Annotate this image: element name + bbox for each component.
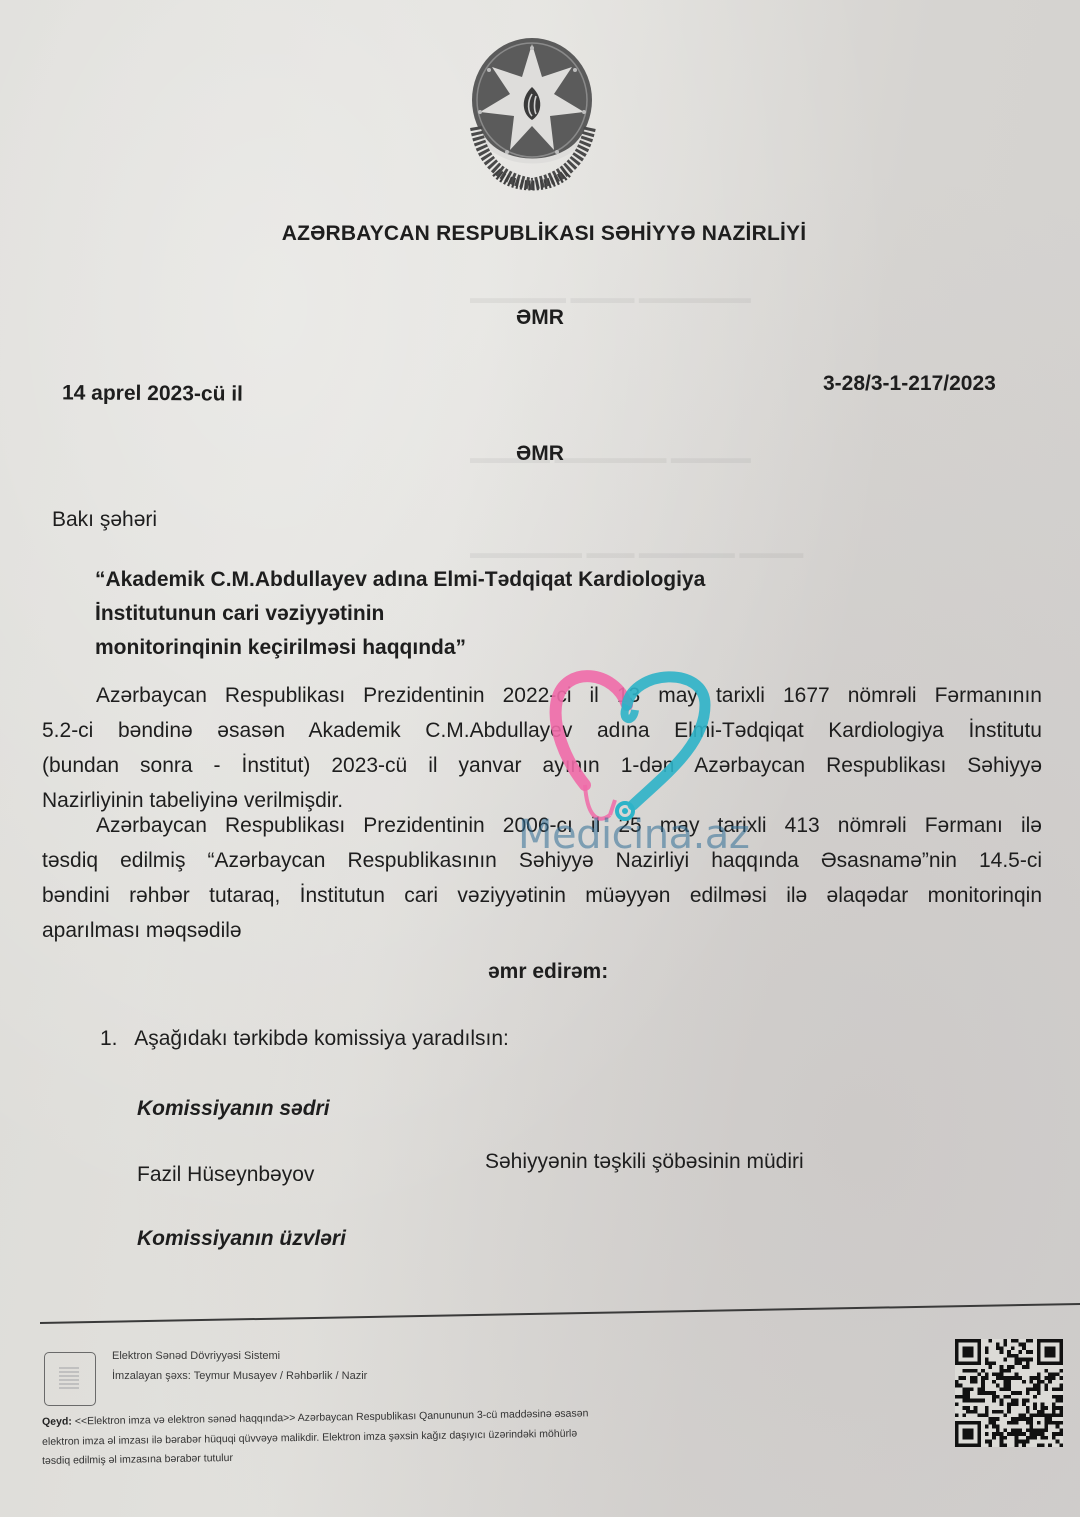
note-label: Qeyd: bbox=[42, 1416, 72, 1428]
watermark-text: Medicina.az bbox=[518, 812, 749, 858]
order-command: əmr edirəm: bbox=[488, 960, 608, 984]
document-page: ▬▬▬▬▬▬ ▬▬▬▬ ▬▬▬▬▬▬▬ ▬▬▬▬▬ ▬▬▬▬▬▬▬ ▬▬▬▬▬ … bbox=[0, 0, 1080, 1517]
document-type-subheading: ƏMR bbox=[0, 442, 1080, 466]
paragraph-line: aparılması məqsədilə bbox=[42, 913, 1042, 948]
footer-note-line: Qeyd: <<Elektron imza və elektron sənəd … bbox=[42, 1405, 762, 1428]
bleed-through-text: ▬▬▬▬▬▬▬ ▬▬▬ ▬▬▬▬▬▬ ▬▬▬▬ bbox=[470, 545, 803, 563]
e-signature-stamp-icon bbox=[44, 1352, 96, 1406]
paragraph-line: bəndini rəhbər tutaraq, İnstitutun cari … bbox=[42, 878, 1042, 913]
note-text: <<Elektron imza və elektron sənəd haqqın… bbox=[72, 1407, 589, 1427]
document-type-heading: ƏMR bbox=[0, 306, 1080, 330]
city-label: Bakı şəhəri bbox=[52, 508, 157, 532]
order-date: 14 aprel 2023-cü il bbox=[62, 381, 243, 406]
subject-line: “Akademik C.M.Abdullayev adına Elmi-Tədq… bbox=[95, 563, 705, 597]
order-item-1: 1. Aşağıdakı tərkibdə komissiya yaradıls… bbox=[100, 1027, 509, 1051]
state-emblem-icon bbox=[462, 32, 604, 197]
item-number: 1. bbox=[100, 1027, 118, 1050]
item-text: Aşağıdakı tərkibdə komissiya yaradılsın: bbox=[134, 1027, 509, 1050]
order-number: 3-28/3-1-217/2023 bbox=[823, 372, 996, 396]
ministry-title: AZƏRBAYCAN RESPUBLİKASI SƏHİYYƏ NAZİRLİY… bbox=[0, 222, 1080, 246]
subject-line: İnstitutunun cari vəziyyətinin bbox=[95, 597, 705, 631]
commission-chair-name: Fazil Hüseynbəyov bbox=[137, 1163, 314, 1187]
commission-chair-heading: Komissiyanın sədri bbox=[137, 1097, 330, 1121]
paragraph-1: Azərbaycan Respublikası Prezidentinin 20… bbox=[42, 678, 1042, 818]
paragraph-line: 5.2-ci bəndinə əsasən Akademik C.M.Abdul… bbox=[42, 713, 1042, 748]
paragraph-line: Azərbaycan Respublikası Prezidentinin 20… bbox=[42, 678, 1042, 713]
paragraph-line: (bundan sonra - İnstitut) 2023-cü il yan… bbox=[42, 748, 1042, 783]
commission-chair-position: Səhiyyənin təşkili şöbəsinin müdiri bbox=[485, 1150, 804, 1174]
order-subject: “Akademik C.M.Abdullayev adına Elmi-Tədq… bbox=[95, 563, 705, 665]
eds-system-name: Elektron Sənəd Dövriyyəsi Sistemi bbox=[112, 1350, 280, 1362]
qr-code-icon[interactable] bbox=[955, 1335, 1063, 1451]
footer-divider bbox=[40, 1303, 1080, 1324]
commission-members-heading: Komissiyanın üzvləri bbox=[137, 1227, 346, 1251]
subject-line: monitorinqinin keçirilməsi haqqında” bbox=[95, 631, 705, 665]
signer-info: İmzalayan şəxs: Teymur Musayev / Rəhbərl… bbox=[112, 1370, 367, 1382]
footer-note-line: təsdiq edilmiş əl imzasına bərabər tutul… bbox=[42, 1444, 762, 1467]
